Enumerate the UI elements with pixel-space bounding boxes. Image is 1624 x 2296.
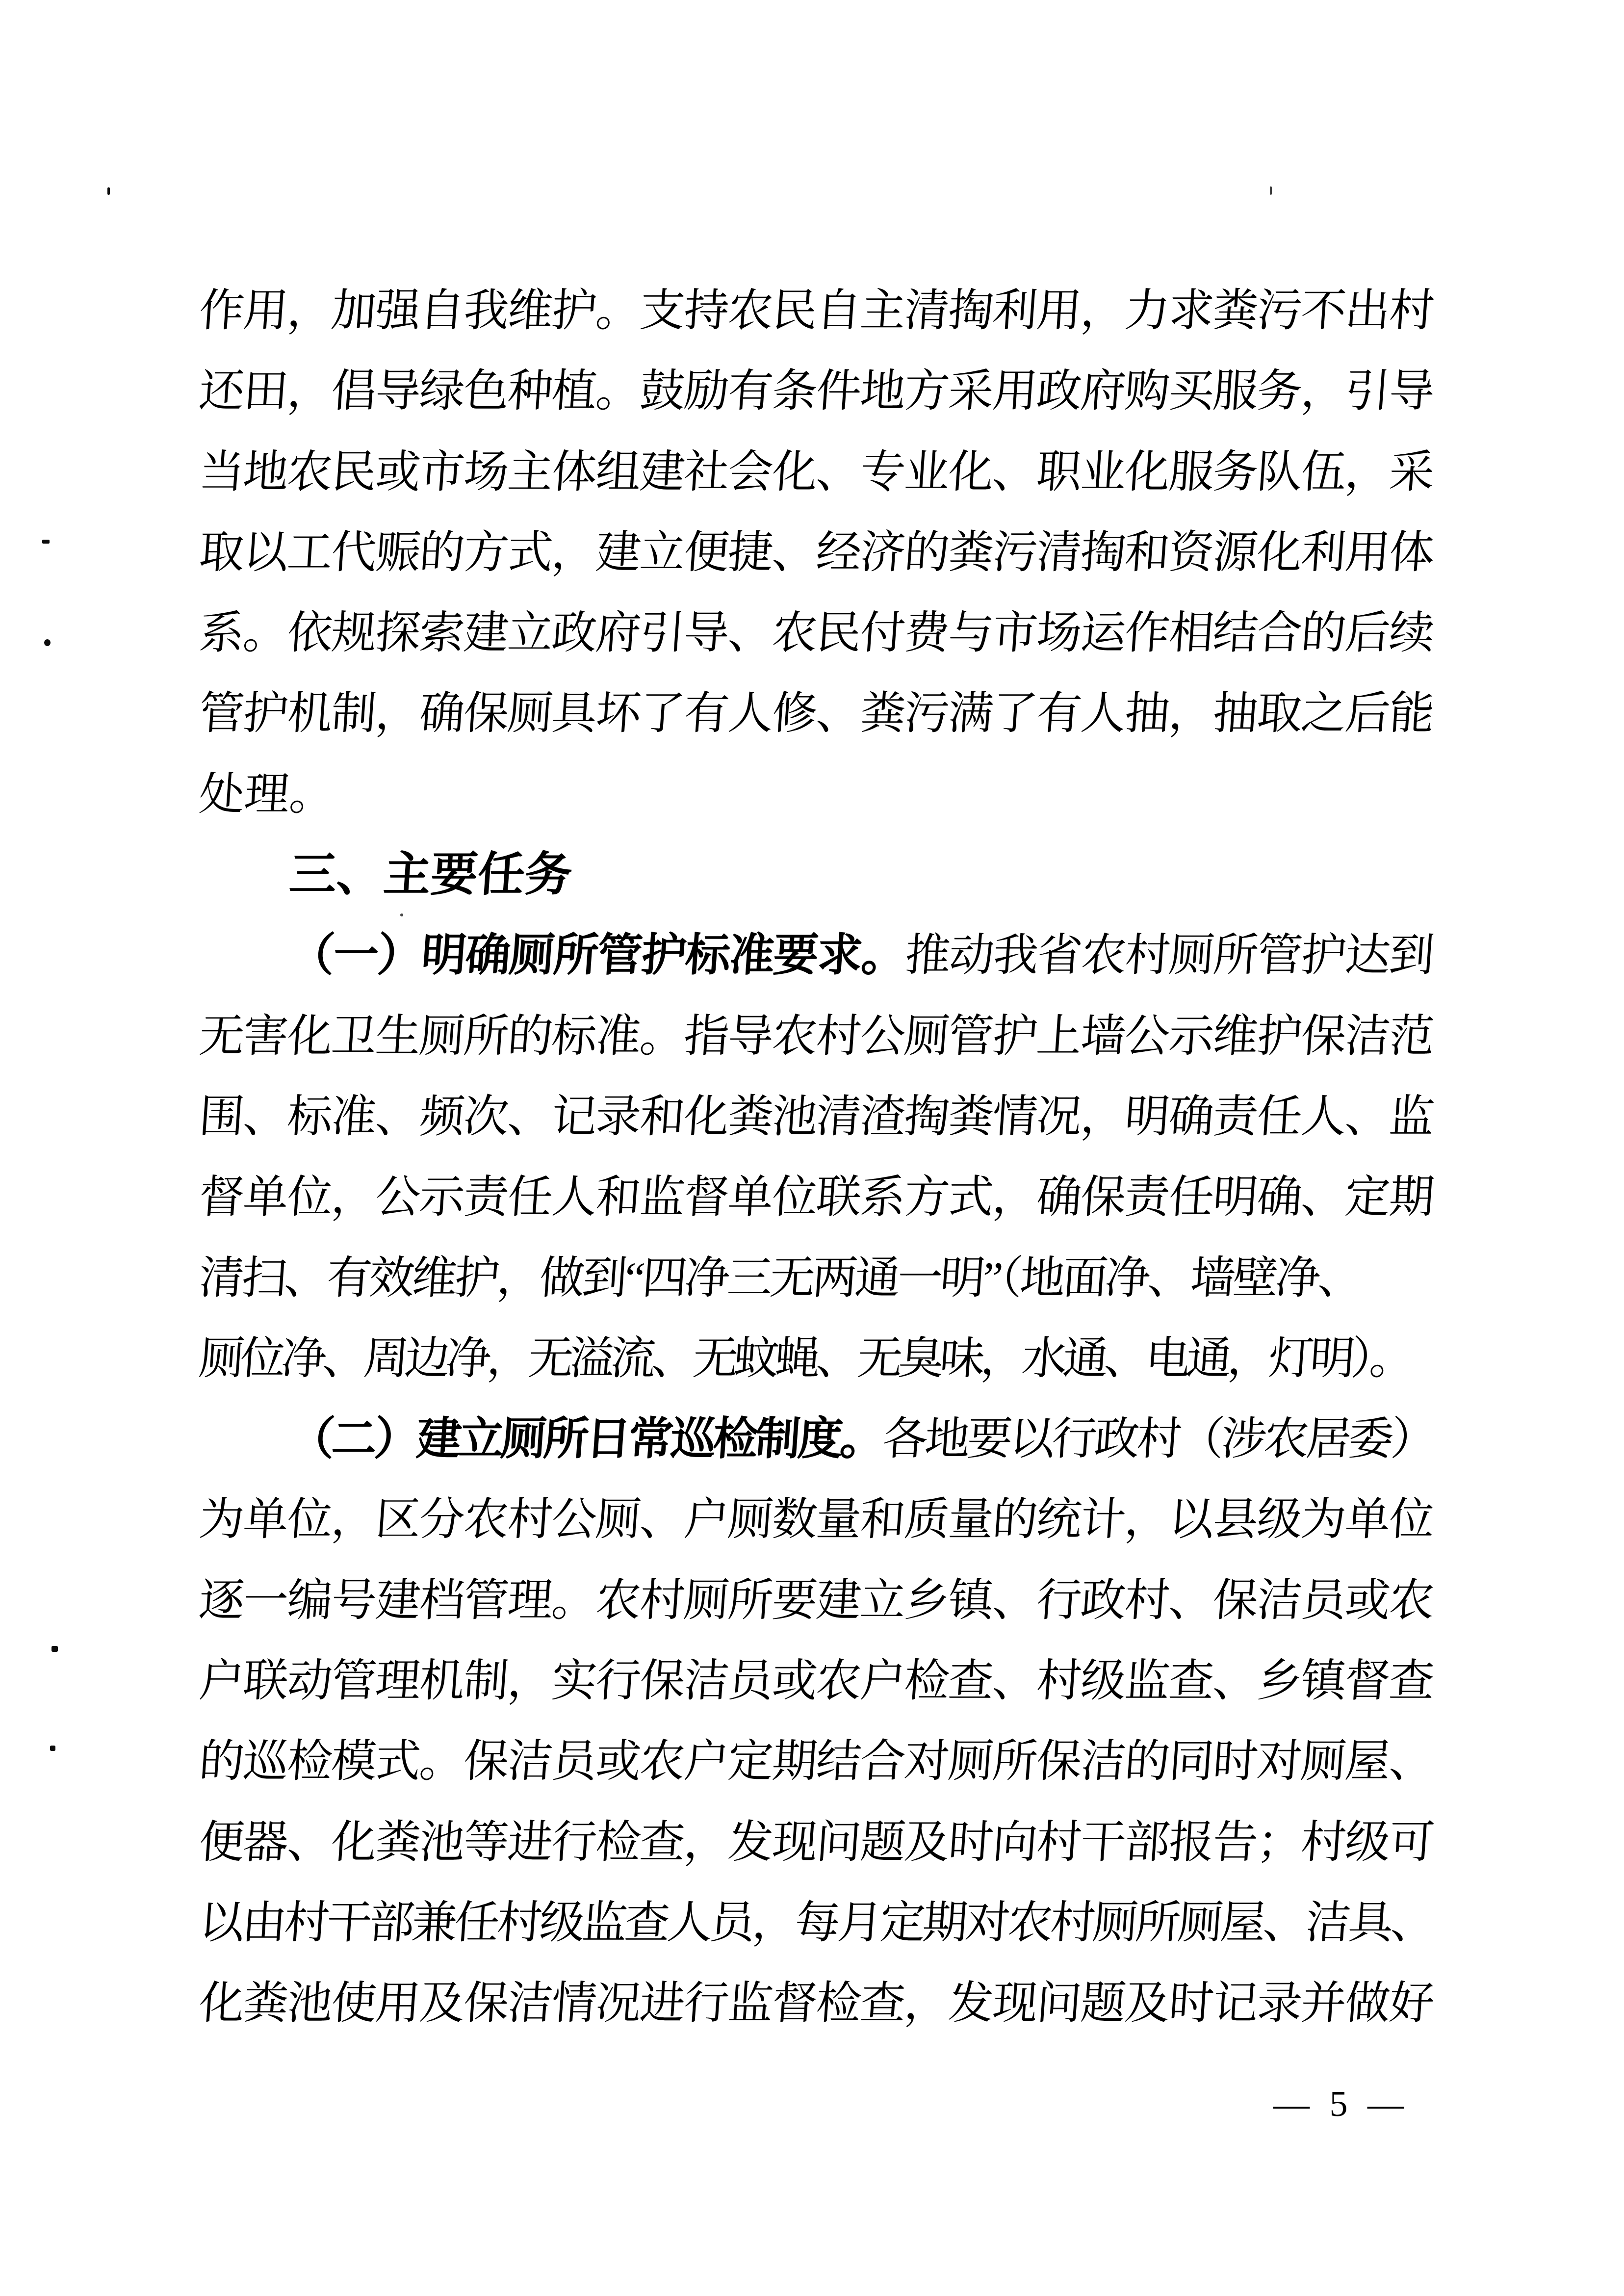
text-segment: 取以工代赈的方式，建立便捷、经济的粪污清掏和资源化利用体 <box>198 527 1435 577</box>
scan-speck <box>52 1646 58 1652</box>
text-line-content: 三、主要任务 <box>286 835 574 915</box>
text-line: 管护机制，确保厕具坏了有人修、粪污满了有人抽，抽取之后能 <box>199 673 1433 754</box>
text-segment: 的巡检模式。保洁员或农户定期结合对厕所保洁的同时对厕屋、 <box>198 1736 1435 1786</box>
text-line-content: 取以工代赈的方式，建立便捷、经济的粪污清掏和资源化利用体 <box>196 512 1436 593</box>
text-segment: 化粪池使用及保洁情况进行监督检查，发现问题及时记录并做好 <box>198 1978 1435 2028</box>
text-segment: 系。依规探索建立政府引导、农民付费与市场运作相结合的后续 <box>198 608 1435 658</box>
text-line-content: （二）建立厕所日常巡检制度。各地要以行政村（涉农居委） <box>286 1399 1436 1479</box>
text-line-content: 清扫、有效维护，做到“四净三无两通一明”（地面净、墙壁净、 <box>196 1238 1363 1318</box>
text-segment: 厕位净、周边净，无溢流、无蚊蝇、无臭味，水通、电通，灯明）。 <box>198 1333 1413 1383</box>
text-segment: 当地农民或市场主体组建社会化、专业化、职业化服务队伍，采 <box>198 447 1435 497</box>
text-line-content: 督单位，公示责任人和监督单位联系方式，确保责任明确、定期 <box>196 1157 1436 1237</box>
text-segment: 便器、化粪池等进行检查，发现问题及时向村干部报告；村级可 <box>198 1817 1435 1867</box>
section-heading: 三、主要任务 <box>199 835 1433 915</box>
text-line: 取以工代赈的方式，建立便捷、经济的粪污清掏和资源化利用体 <box>199 512 1433 593</box>
text-line: （一）明确厕所管护标准要求。推动我省农村厕所管护达到 <box>199 915 1433 995</box>
text-line-content: 为单位，区分农村公厕、户厕数量和质量的统计，以县级为单位 <box>196 1479 1436 1560</box>
text-line-content: 无害化卫生厕所的标准。指导农村公厕管护上墙公示维护保洁范 <box>196 996 1436 1076</box>
bold-text-segment: （一）明确厕所管护标准要求。 <box>288 930 907 980</box>
text-line: 户联动管理机制，实行保洁员或农户检查、村级监查、乡镇督查 <box>199 1641 1433 1721</box>
text-segment: 还田，倡导绿色种植。鼓励有条件地方采用政府购买服务，引导 <box>198 366 1435 416</box>
scan-speck <box>50 1746 55 1751</box>
text-segment: 督单位，公示责任人和监督单位联系方式，确保责任明确、定期 <box>198 1172 1435 1222</box>
text-line: 逐一编号建档管理。农村厕所要建立乡镇、行政村、保洁员或农 <box>199 1560 1433 1641</box>
text-line: 当地农民或市场主体组建社会化、专业化、职业化服务队伍，采 <box>199 432 1433 512</box>
text-line-content: 化粪池使用及保洁情况进行监督检查，发现问题及时记录并做好 <box>196 1963 1436 2043</box>
text-segment: 清扫、有效维护，做到“四净三无两通一明”（地面净、墙壁净、 <box>198 1253 1363 1303</box>
text-segment: 各地要以行政村（涉农居委） <box>881 1414 1435 1464</box>
text-line: 为单位，区分农村公厕、户厕数量和质量的统计，以县级为单位 <box>199 1479 1433 1560</box>
text-line: 督单位，公示责任人和监督单位联系方式，确保责任明确、定期 <box>199 1157 1433 1237</box>
text-line-content: 还田，倡导绿色种植。鼓励有条件地方采用政府购买服务，引导 <box>196 351 1436 431</box>
scan-speck <box>1270 186 1272 195</box>
text-line-content: 厕位净、周边净，无溢流、无蚊蝇、无臭味，水通、电通，灯明）。 <box>196 1318 1414 1399</box>
text-line: 化粪池使用及保洁情况进行监督检查，发现问题及时记录并做好 <box>199 1963 1433 2043</box>
text-segment: 管护机制，确保厕具坏了有人修、粪污满了有人抽，抽取之后能 <box>198 688 1435 738</box>
text-line-content: 围、标准、频次、记录和化粪池清渣掏粪情况，明确责任人、监 <box>196 1076 1436 1157</box>
scan-speck <box>400 913 403 916</box>
text-line: 的巡检模式。保洁员或农户定期结合对厕所保洁的同时对厕屋、 <box>199 1721 1433 1801</box>
text-line: 无害化卫生厕所的标准。指导农村公厕管护上墙公示维护保洁范 <box>199 996 1433 1076</box>
text-line: 围、标准、频次、记录和化粪池清渣掏粪情况，明确责任人、监 <box>199 1076 1433 1157</box>
text-segment: 以由村干部兼任村级监查人员，每月定期对农村厕所厕屋、洁具、 <box>198 1898 1435 1948</box>
text-segment: 无害化卫生厕所的标准。指导农村公厕管护上墙公示维护保洁范 <box>198 1011 1435 1061</box>
text-line-content: 户联动管理机制，实行保洁员或农户检查、村级监查、乡镇督查 <box>196 1641 1436 1721</box>
scan-speck <box>44 639 51 646</box>
text-segment: 推动我省农村厕所管护达到 <box>903 930 1435 980</box>
text-line-content: 便器、化粪池等进行检查，发现问题及时向村干部报告；村级可 <box>196 1802 1436 1882</box>
text-segment: 作用，加强自我维护。支持农民自主清掏利用，力求粪污不出村 <box>198 286 1435 336</box>
text-line-content: 作用，加强自我维护。支持农民自主清掏利用，力求粪污不出村 <box>196 270 1436 351</box>
scan-speck <box>107 187 110 195</box>
page-number: — 5 — <box>1273 2086 1409 2122</box>
text-line-content: 以由村干部兼任村级监查人员，每月定期对农村厕所厕屋、洁具、 <box>196 1882 1436 1963</box>
text-line: 作用，加强自我维护。支持农民自主清掏利用，力求粪污不出村 <box>199 270 1433 351</box>
bold-text-segment: （二）建立厕所日常巡检制度。 <box>288 1414 884 1464</box>
bold-text-segment: 三、主要任务 <box>287 848 573 901</box>
text-line: 系。依规探索建立政府引导、农民付费与市场运作相结合的后续 <box>199 593 1433 673</box>
document-text-block: 作用，加强自我维护。支持农民自主清掏利用，力求粪污不出村还田，倡导绿色种植。鼓励… <box>199 270 1433 2044</box>
scan-speck <box>42 540 50 544</box>
text-line-content: 的巡检模式。保洁员或农户定期结合对厕所保洁的同时对厕屋、 <box>196 1721 1436 1801</box>
text-segment: 逐一编号建档管理。农村厕所要建立乡镇、行政村、保洁员或农 <box>198 1575 1435 1625</box>
text-segment: 处理。 <box>198 769 336 819</box>
text-line-content: 逐一编号建档管理。农村厕所要建立乡镇、行政村、保洁员或农 <box>196 1560 1436 1641</box>
text-line: 厕位净、周边净，无溢流、无蚊蝇、无臭味，水通、电通，灯明）。 <box>199 1318 1433 1399</box>
document-page: 作用，加强自我维护。支持农民自主清掏利用，力求粪污不出村还田，倡导绿色种植。鼓励… <box>0 0 1624 2296</box>
text-line: 便器、化粪池等进行检查，发现问题及时向村干部报告；村级可 <box>199 1802 1433 1882</box>
text-line: 还田，倡导绿色种植。鼓励有条件地方采用政府购买服务，引导 <box>199 351 1433 431</box>
text-line-content: 管护机制，确保厕具坏了有人修、粪污满了有人抽，抽取之后能 <box>196 673 1436 754</box>
text-line: 以由村干部兼任村级监查人员，每月定期对农村厕所厕屋、洁具、 <box>199 1882 1433 1963</box>
text-segment: 户联动管理机制，实行保洁员或农户检查、村级监查、乡镇督查 <box>198 1656 1435 1706</box>
text-line: （二）建立厕所日常巡检制度。各地要以行政村（涉农居委） <box>199 1399 1433 1479</box>
text-segment: 围、标准、频次、记录和化粪池清渣掏粪情况，明确责任人、监 <box>198 1092 1435 1142</box>
text-line-content: 处理。 <box>196 754 337 835</box>
text-line-content: 系。依规探索建立政府引导、农民付费与市场运作相结合的后续 <box>196 593 1436 673</box>
text-line: 处理。 <box>199 754 1433 835</box>
text-line-content: 当地农民或市场主体组建社会化、专业化、职业化服务队伍，采 <box>196 432 1436 512</box>
text-segment: 为单位，区分农村公厕、户厕数量和质量的统计，以县级为单位 <box>198 1494 1435 1544</box>
text-line: 清扫、有效维护，做到“四净三无两通一明”（地面净、墙壁净、 <box>199 1238 1433 1318</box>
text-line-content: （一）明确厕所管护标准要求。推动我省农村厕所管护达到 <box>286 915 1436 995</box>
